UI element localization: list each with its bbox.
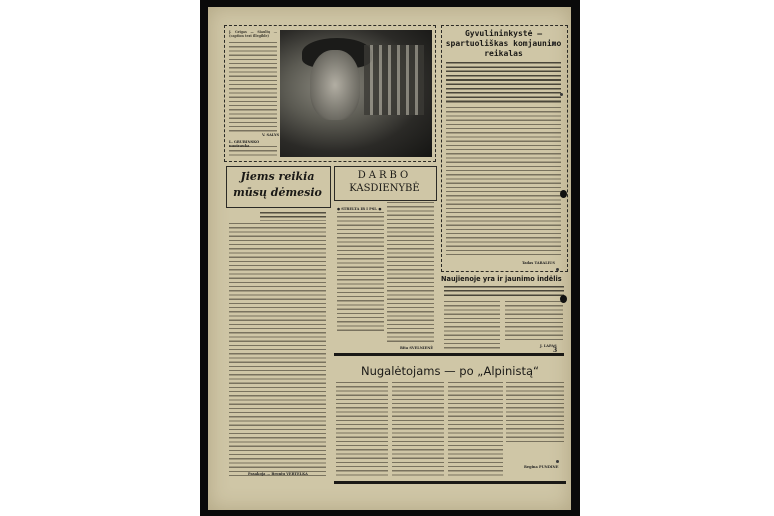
binding-mark — [560, 93, 563, 96]
darbo-col1 — [337, 212, 384, 334]
binding-hole — [560, 190, 567, 198]
jiems-headline-1: Jiems reikia — [226, 170, 329, 183]
binding-mark — [556, 268, 559, 271]
worker-photo — [280, 30, 432, 157]
bottom-rule — [334, 481, 566, 484]
photo-caption-text — [229, 146, 277, 157]
photo-article-text — [229, 42, 277, 132]
naujienoje-headline: Naujienoje yra ir jaunimo indėlis — [441, 275, 566, 283]
nugaletojams-headline: Nugalėtojams — po „Alpinistą“ — [334, 364, 566, 378]
photo-article-intro: J. Grigas — Šiaulių ... (caption text il… — [229, 30, 277, 40]
gyvulininkyste-headline: Gyvulininkystė — spartuoliškas komjaunim… — [443, 29, 564, 59]
darbo-col2 — [387, 202, 434, 342]
darbo-signature: Rita SVELNIENĖ — [400, 346, 433, 350]
nugaletojams-col1 — [336, 382, 388, 478]
gyvulininkyste-body — [446, 107, 561, 257]
binding-hole — [560, 295, 567, 303]
naujienoje-col1 — [444, 301, 500, 351]
photo-article-author: V. SALYS — [262, 133, 279, 137]
darbo-lead: ● STRELTA IR I PSI. ● — [337, 207, 381, 211]
gyvulininkyste-signature: Tadas TARALIUS — [522, 261, 555, 265]
binding-mark — [552, 42, 555, 45]
jiems-footer: Pasakoja ... Broniu VERTELKA — [248, 472, 308, 476]
naujienoje-col2 — [505, 301, 563, 341]
nugaletojams-signature: Regina PUNDINE — [524, 465, 558, 469]
gyvulininkyste-lead — [446, 62, 561, 104]
jiems-byline — [260, 212, 326, 221]
nugaletojams-col3 — [448, 382, 503, 478]
nugaletojams-col4 — [506, 382, 564, 444]
nugaletojams-col2 — [392, 382, 444, 478]
darbo-headline-2: KASDIENYBĖ — [334, 183, 435, 194]
section-rule — [334, 353, 564, 356]
binding-mark — [556, 460, 559, 463]
jiems-headline-2: mūsų dėmesio — [226, 186, 329, 199]
darbo-headline-1: DARBO — [334, 170, 435, 181]
jiems-body — [229, 223, 326, 478]
naujienoje-lead — [444, 286, 564, 298]
